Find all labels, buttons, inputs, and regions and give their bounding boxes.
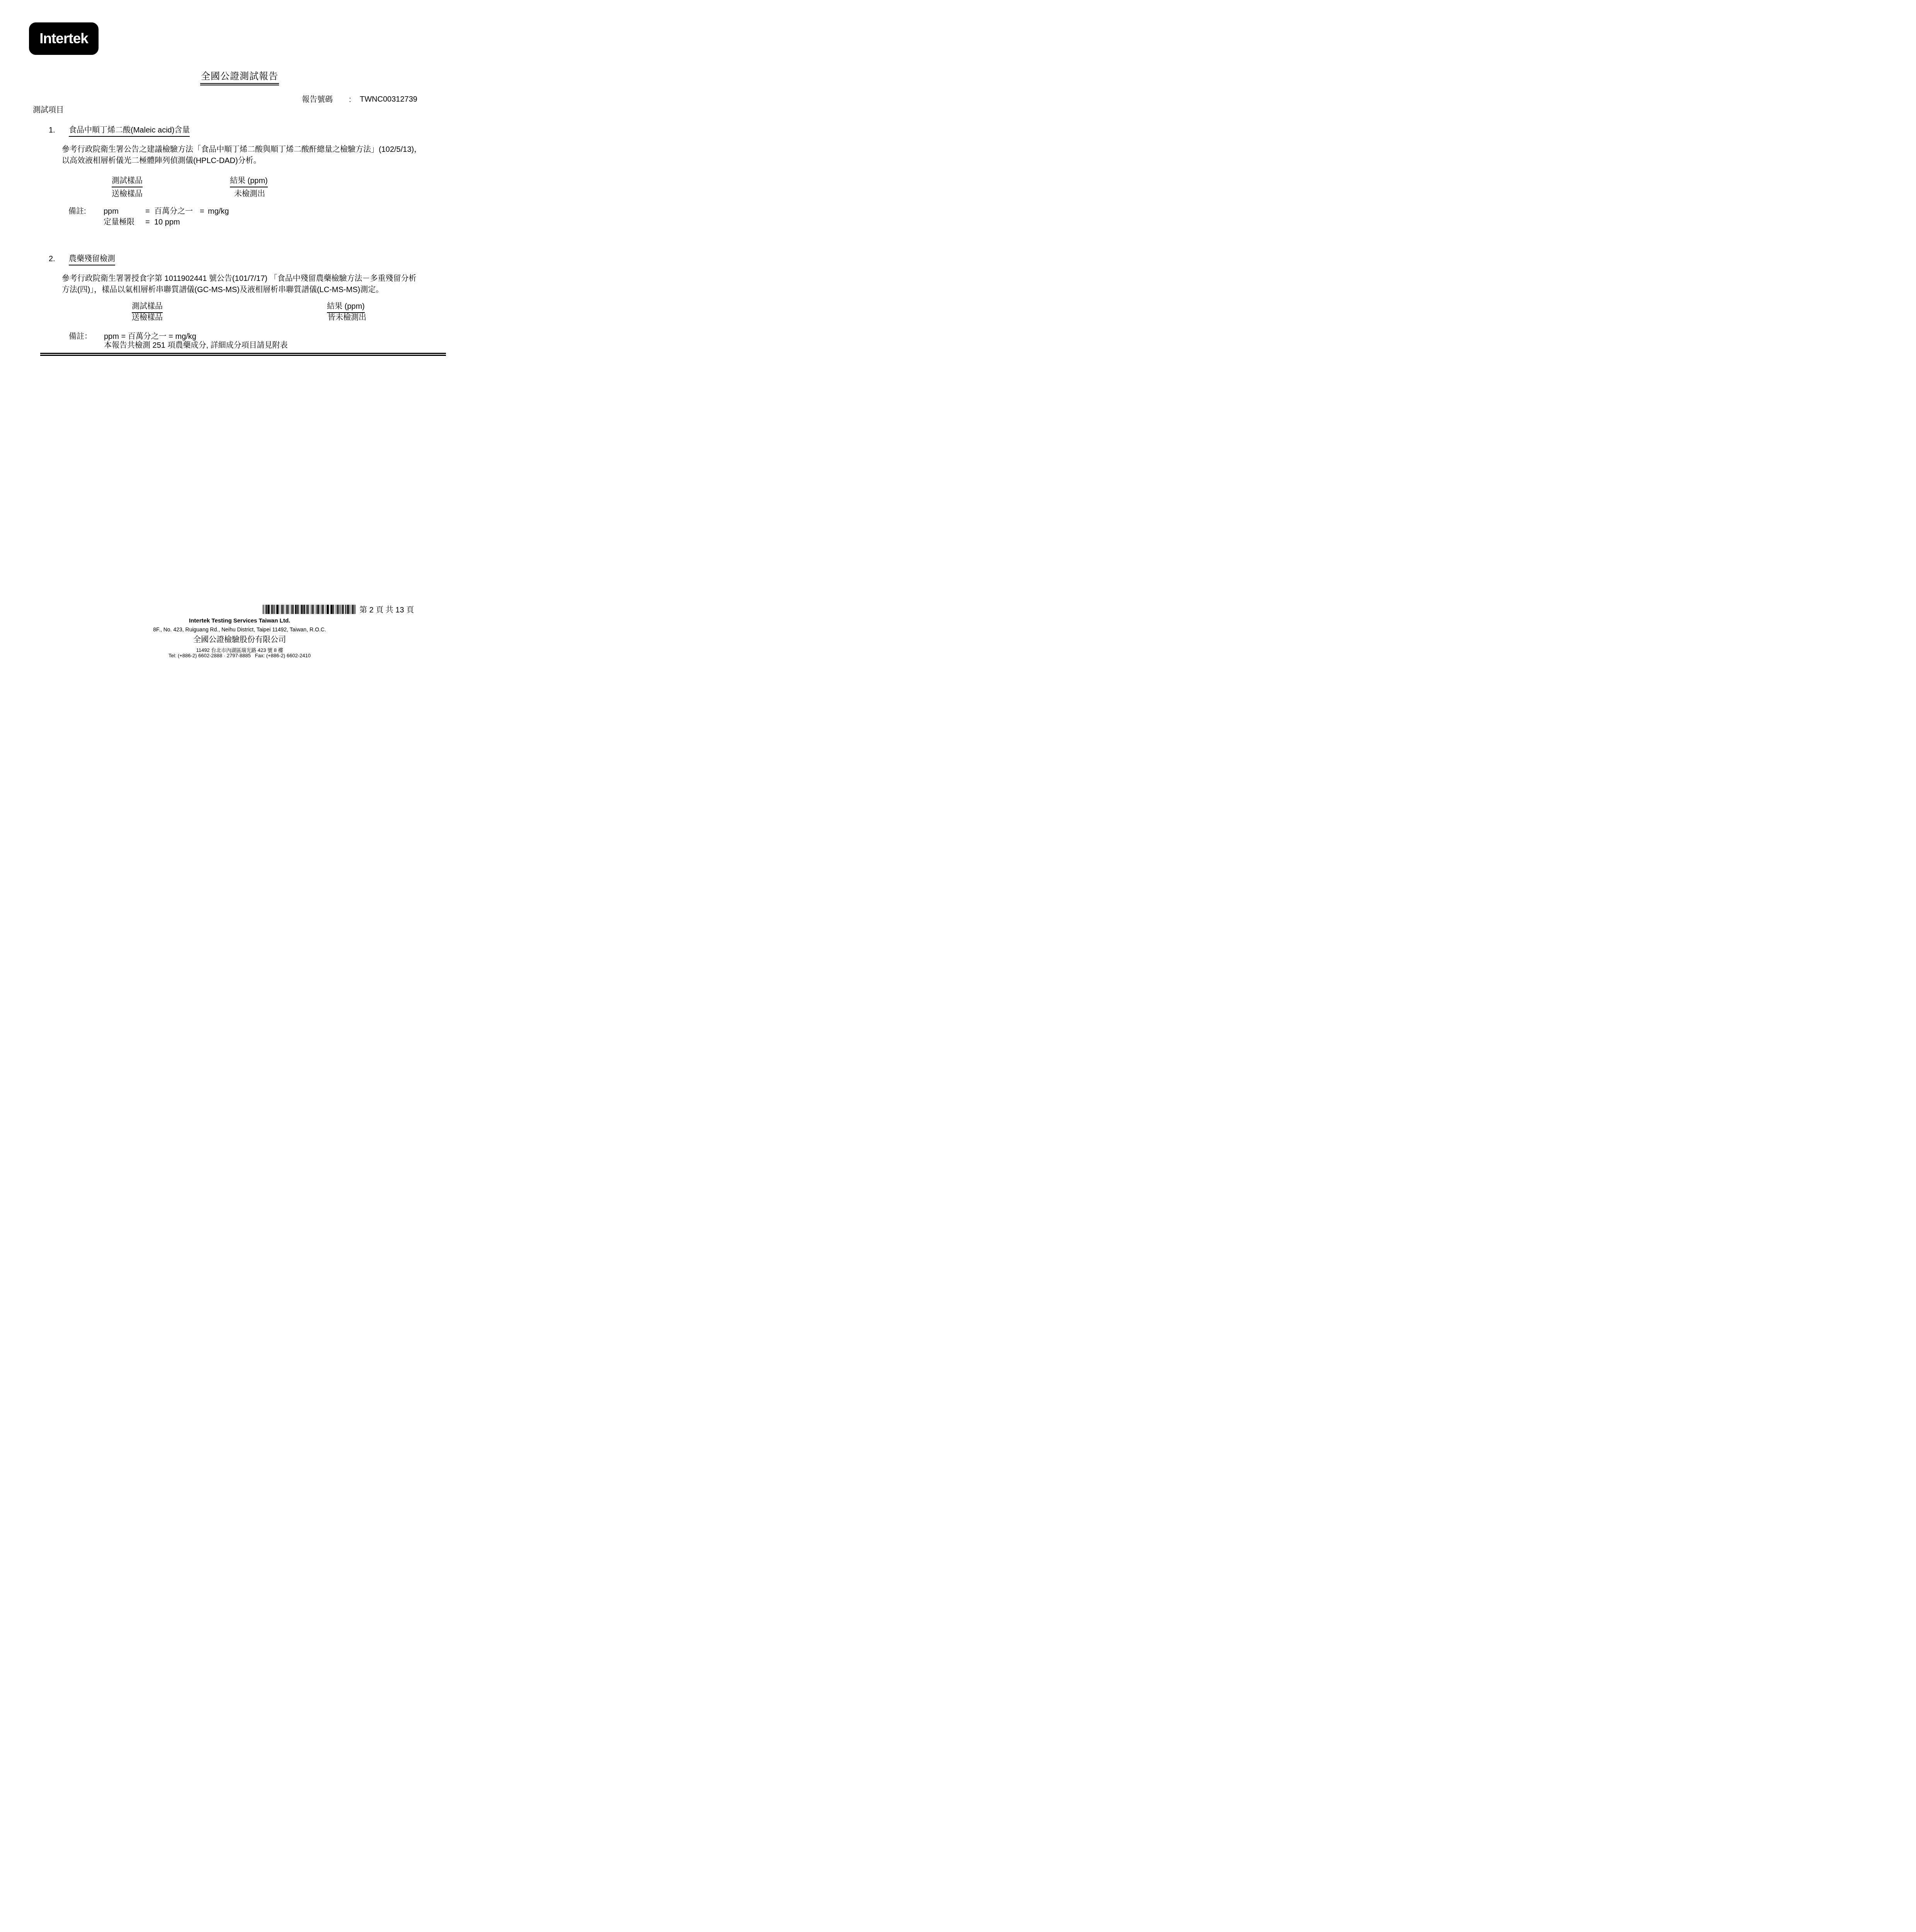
- table2-result-header: 結果 (ppm): [327, 302, 365, 313]
- table1-result-cell: 未檢測出: [234, 190, 265, 199]
- section2-method-line1: 參考行政院衛生署署授食字第 1011902441 號公告(101/7/17) 「…: [62, 274, 417, 284]
- end-rule-bottom: [40, 355, 446, 356]
- end-rule-top: [40, 353, 446, 354]
- section1-note-label: 備註:: [68, 207, 86, 216]
- section2-note-label: 備註：: [69, 332, 92, 342]
- table1-sample-header: 測試樣品: [112, 177, 143, 187]
- table1-result-header: 結果 (ppm): [230, 177, 268, 187]
- intertek-logo: Intertek: [29, 22, 99, 55]
- table2-result-cell: 皆未檢測出: [328, 313, 366, 323]
- section2-heading: 農藥殘留檢測: [69, 255, 115, 265]
- section1-note1-unit: mg/kg: [208, 207, 229, 216]
- section2-note-line1: ppm = 百萬分之一 = mg/kg: [104, 332, 196, 342]
- section1-note2-term: 定量極限: [104, 218, 134, 227]
- footer-company-en: Intertek Testing Services Taiwan Ltd.: [0, 617, 479, 624]
- page-number-info: 第 2 頁 共 13 頁: [359, 606, 414, 615]
- table2-sample-header: 測試樣品: [132, 302, 163, 313]
- page-title: 全國公證測試報告: [200, 68, 279, 85]
- section1-note1-equals2: =: [200, 207, 204, 216]
- section2-method-line2: 方法(四)」，樣品以氣相層析串聯質譜儀(GC-MS-MS)及液相層析串聯質譜儀(…: [62, 286, 383, 295]
- footer-tel-fax: Tel: (+886-2) 6602-2888 · 2797-8885 Fax:…: [0, 653, 479, 658]
- table1-sample-cell: 送檢樣品: [112, 190, 143, 199]
- report-no-label: 報告號碼: [302, 95, 333, 105]
- footer-company-zh: 全國公證檢驗股份有限公司: [0, 633, 479, 645]
- intertek-logo-text: Intertek: [39, 31, 88, 47]
- report-no-value: TWNC00312739: [360, 95, 417, 104]
- section1-heading: 食品中順丁烯二酸(Maleic acid)含量: [69, 126, 190, 137]
- table2-sample-cell: 送檢樣品: [132, 313, 163, 323]
- section1-note1-equals1: =: [145, 207, 150, 216]
- title-row: 全國公證測試報告: [0, 68, 479, 85]
- section2-note-line2: 本報告共檢測 251 項農藥成分, 詳細成分項目請見附表: [104, 341, 288, 350]
- barcode-image: [263, 605, 356, 614]
- section1-method-line2: 以高效液相層析儀光二極體陣列偵測儀(HPLC-DAD)分析。: [62, 156, 261, 166]
- section1-note2-equals: =: [145, 218, 150, 227]
- report-no-colon: :: [349, 95, 351, 105]
- footer-address-en: 8F., No. 423, Ruiguang Rd., Neihu Distri…: [0, 626, 479, 633]
- test-items-label: 測試項目: [33, 106, 64, 115]
- section1-method-line1: 參考行政院衛生署公告之建議檢驗方法「食品中順丁烯二酸與順丁烯二酸酐總量之檢驗方法…: [62, 145, 422, 155]
- section1-note2-value: 10 ppm: [154, 218, 180, 227]
- report-page: Intertek 全國公證測試報告 報告號碼 : TWNC00312739 測試…: [0, 0, 479, 678]
- section2-number: 2.: [49, 255, 55, 264]
- section1-number: 1.: [49, 126, 55, 135]
- section1-note1-definition: 百萬分之一: [154, 207, 193, 216]
- section1-note1-term: ppm: [104, 207, 119, 216]
